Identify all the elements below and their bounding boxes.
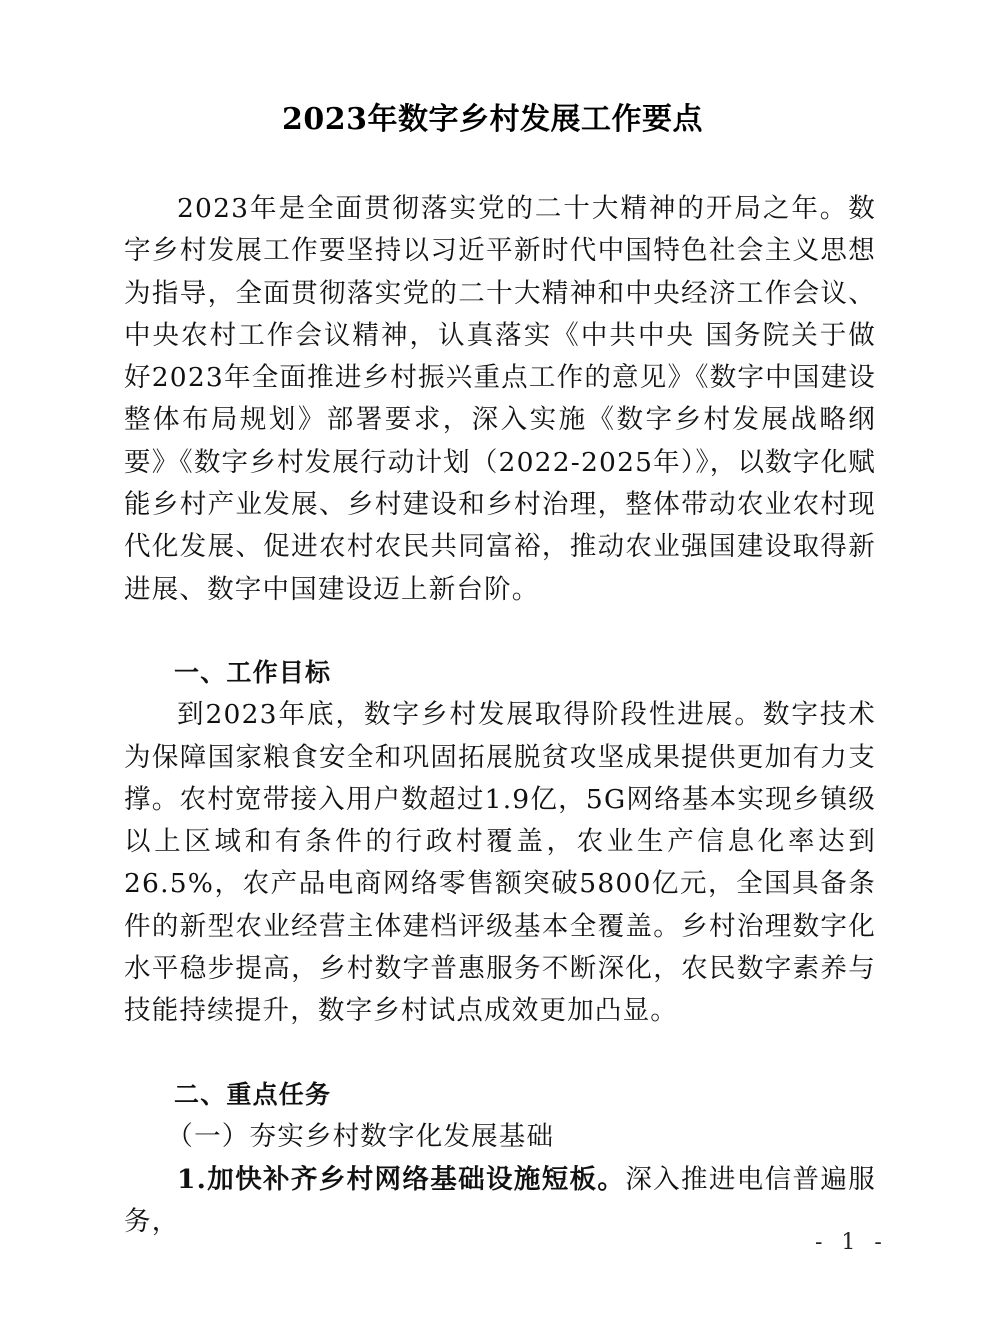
- section-tasks: 二、重点任务 （一）夯实乡村数字化发展基础 1.加快补齐乡村网络基础设施短板。深…: [124, 1074, 876, 1243]
- document-page: 2023年数字乡村发展工作要点 2023年是全面贯彻落实党的二十大精神的开局之年…: [0, 0, 985, 1326]
- task-item-1-lead: 1.加快补齐乡村网络基础设施短板。: [177, 1164, 625, 1195]
- goals-paragraph: 到2023年底，数字乡村发展取得阶段性进展。数字技术为保障国家粮食安全和巩固拓展…: [124, 694, 876, 1032]
- page-number: - 1 -: [815, 1230, 888, 1255]
- subsection-heading-foundation: （一）夯实乡村数字化发展基础: [124, 1116, 876, 1158]
- section-heading-goals: 一、工作目标: [124, 652, 876, 694]
- task-item-1: 1.加快补齐乡村网络基础设施短板。深入推进电信普遍服务，: [124, 1159, 876, 1244]
- section-goals: 一、工作目标 到2023年底，数字乡村发展取得阶段性进展。数字技术为保障国家粮食…: [124, 652, 876, 1033]
- section-heading-tasks: 二、重点任务: [124, 1074, 876, 1116]
- document-title: 2023年数字乡村发展工作要点: [0, 98, 985, 142]
- document-body: 2023年是全面贯彻落实党的二十大精神的开局之年。数字乡村发展工作要坚持以习近平…: [124, 188, 876, 611]
- intro-paragraph: 2023年是全面贯彻落实党的二十大精神的开局之年。数字乡村发展工作要坚持以习近平…: [124, 188, 876, 611]
